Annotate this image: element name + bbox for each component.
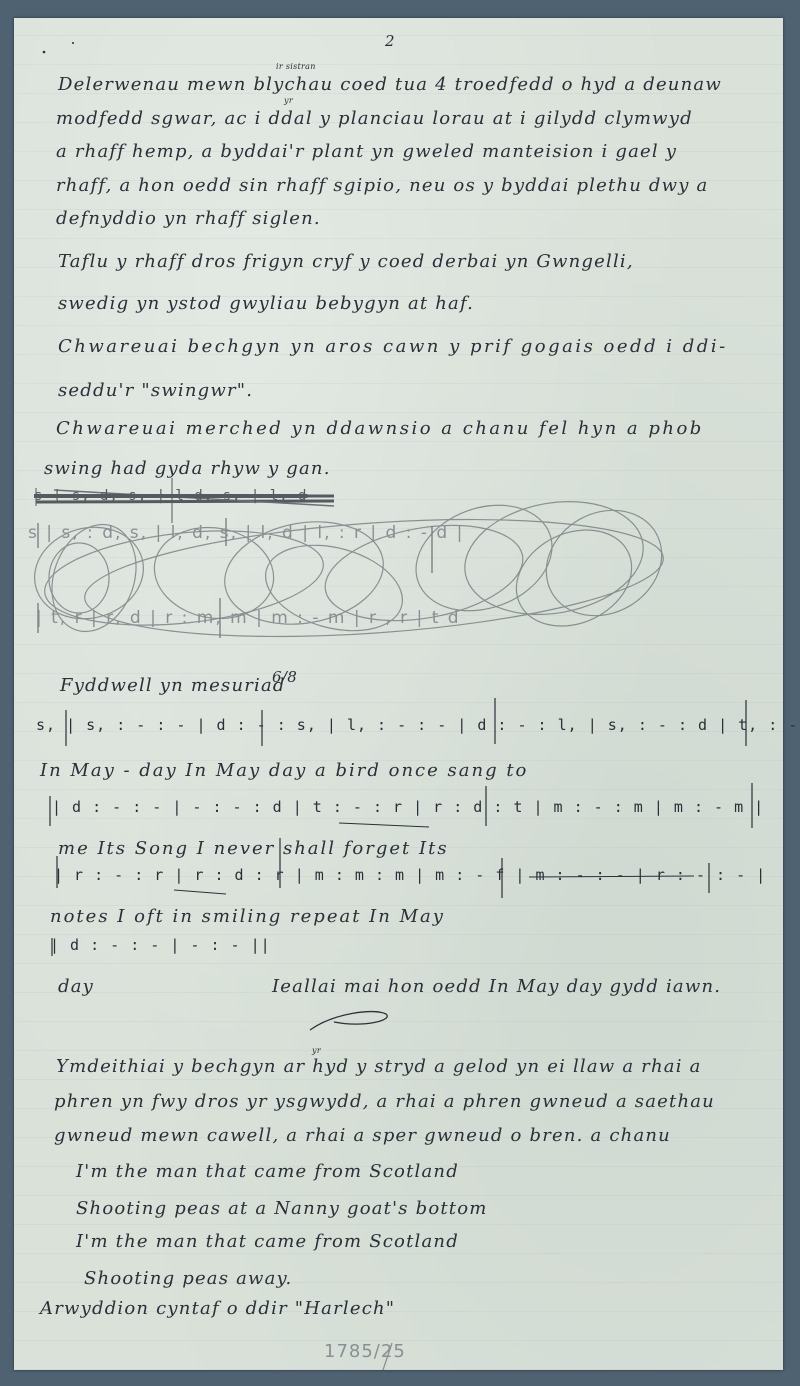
text-line: Delerwenau mewn blychau coed tua 4 troed… — [58, 74, 722, 95]
text-line: seddu'r "swingwr". — [58, 380, 253, 401]
song-notation-line: | r : - : r | r : d : r | m : m : m | m … — [54, 866, 766, 884]
text-line: modfedd sgwar, ac i ddal y planciau lora… — [56, 108, 693, 129]
text-line: phren yn fwy dros yr ysgwydd, a rhai a p… — [54, 1091, 715, 1112]
insertion-above: yr — [312, 1046, 321, 1055]
song-comment: Ieallai mai hon oedd In May day gydd iaw… — [272, 976, 721, 997]
verse-line: I'm the man that came from Scotland — [76, 1161, 459, 1182]
text-line: a rhaff hemp, a byddai'r plant yn gweled… — [56, 141, 677, 162]
song-lyrics-line: day — [58, 976, 94, 997]
song-notation-line: | d : - : - | - : - || — [50, 936, 271, 954]
verse-line: I'm the man that came from Scotland — [76, 1231, 459, 1252]
text-line: rhaff, a hon oedd sin rhaff sgipio, neu … — [56, 175, 708, 196]
text-line: defnyddio yn rhaff siglen. — [56, 208, 321, 229]
song-lyrics-line: In May - day In May day a bird once sang… — [40, 760, 528, 781]
verse-line: Shooting peas away. — [84, 1268, 292, 1289]
verse-line: Shooting peas at a Nanny goat's bottom — [76, 1198, 488, 1219]
scribbled-notation-line-2: | t, r | r, d | r : m, m | m : - m | r ,… — [36, 608, 461, 628]
closing-line: Arwyddion cyntaf o ddir "Harlech" — [40, 1298, 395, 1319]
text-line: Ymdeithiai y bechgyn ar hyd y stryd a ge… — [56, 1056, 702, 1077]
insertion-above: ir sistran — [276, 62, 316, 71]
manuscript-page: 2 ir sistran yr Delerwenau mewn blychau … — [14, 18, 783, 1370]
text-line: Chwareuai merched yn ddawnsio a chanu fe… — [56, 418, 704, 439]
archive-reference: 1785/25 — [324, 1341, 406, 1362]
text-line: swing had gyda rhyw y gan. — [44, 458, 331, 479]
song-lyrics-line: notes I oft in smiling repeat In May — [50, 906, 445, 927]
text-line: Taflu y rhaff dros frigyn cryf y coed de… — [58, 251, 634, 272]
time-signature: 6/8 — [272, 668, 297, 686]
text-line: swedig yn ystod gwyliau bebygyn at haf. — [58, 293, 474, 314]
tune-heading: Fyddwell yn mesuriad — [60, 675, 286, 696]
scribbled-notation-line-1: s | s, : d, s, | l, d, s, | l, d | l, : … — [28, 523, 464, 543]
song-lyrics-line: me Its Song I never shall forget Its — [58, 838, 449, 859]
page-number: 2 — [385, 32, 395, 50]
song-notation-line: s, | s, : - : - | d : - : s, | l, : - : … — [36, 716, 800, 734]
song-notation-line: | d : - : - | - : - : d | t : - : r | r … — [52, 798, 764, 816]
insertion-below: yr — [284, 96, 293, 105]
text-line: gwneud mewn cawell, a rhai a sper gwneud… — [54, 1125, 671, 1146]
struck-notation: s | s, d, s, | l d, s, | l, d — [34, 488, 307, 504]
text-line: Chwareuai bechgyn yn aros cawn y prif go… — [58, 336, 728, 357]
